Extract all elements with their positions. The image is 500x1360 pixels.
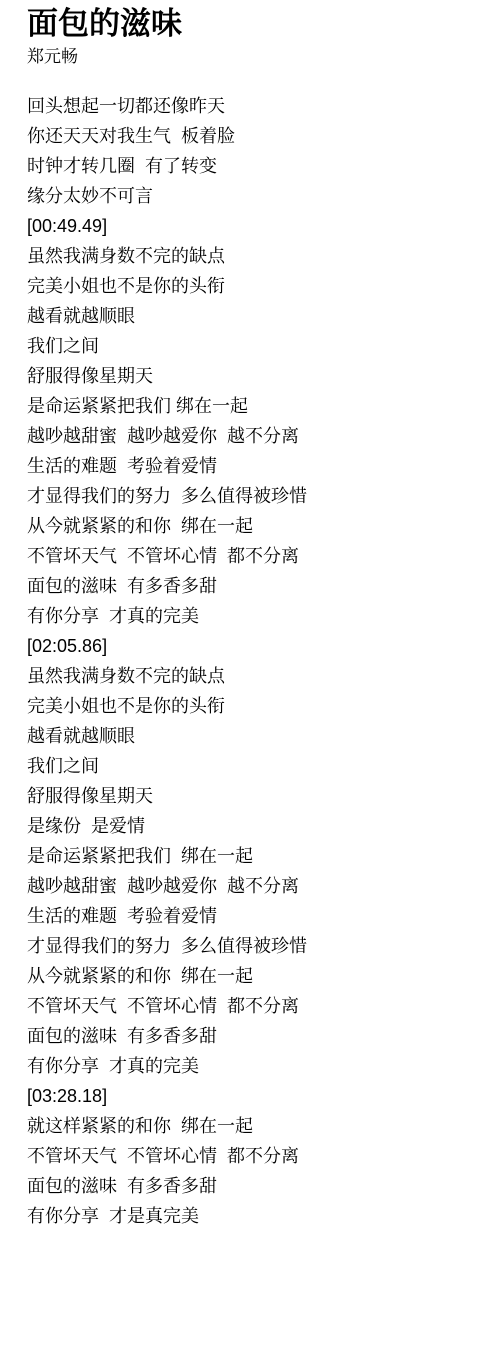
lyric-line: 虽然我满身数不完的缺点 bbox=[27, 661, 480, 691]
lyric-line: 是命运紧紧把我们 绑在一起 bbox=[27, 841, 480, 871]
lyrics-list: 回头想起一切都还像昨天你还天天对我生气 板着脸时钟才转几圈 有了转变缘分太妙不可… bbox=[27, 91, 480, 1231]
lyric-line: 是命运紧紧把我们 绑在一起 bbox=[27, 391, 480, 421]
lyric-line: 舒服得像星期天 bbox=[27, 781, 480, 811]
timestamp-line: [00:49.49] bbox=[27, 211, 480, 241]
lyric-line: 有你分享 才真的完美 bbox=[27, 601, 480, 631]
lyrics-page: 面包的滋味 郑元畅 回头想起一切都还像昨天你还天天对我生气 板着脸时钟才转几圈 … bbox=[0, 0, 500, 1231]
song-title: 面包的滋味 bbox=[27, 6, 480, 42]
lyric-line: 面包的滋味 有多香多甜 bbox=[27, 1021, 480, 1051]
lyric-line: 才显得我们的努力 多么值得被珍惜 bbox=[27, 481, 480, 511]
lyric-line: 生活的难题 考验着爱情 bbox=[27, 451, 480, 481]
timestamp-line: [02:05.86] bbox=[27, 631, 480, 661]
lyric-line: 有你分享 才是真完美 bbox=[27, 1201, 480, 1231]
lyric-line: 越看就越顺眼 bbox=[27, 301, 480, 331]
lyric-line: 有你分享 才真的完美 bbox=[27, 1051, 480, 1081]
lyric-line: 完美小姐也不是你的头衔 bbox=[27, 271, 480, 301]
lyric-line: 才显得我们的努力 多么值得被珍惜 bbox=[27, 931, 480, 961]
lyric-line: 我们之间 bbox=[27, 751, 480, 781]
lyric-line: 面包的滋味 有多香多甜 bbox=[27, 571, 480, 601]
lyric-line: 面包的滋味 有多香多甜 bbox=[27, 1171, 480, 1201]
lyric-line: 就这样紧紧的和你 绑在一起 bbox=[27, 1111, 480, 1141]
lyric-line: 不管坏天气 不管坏心情 都不分离 bbox=[27, 1141, 480, 1171]
timestamp-line: [03:28.18] bbox=[27, 1081, 480, 1111]
lyric-line: 虽然我满身数不完的缺点 bbox=[27, 241, 480, 271]
lyric-line: 越吵越甜蜜 越吵越爱你 越不分离 bbox=[27, 421, 480, 451]
lyric-line: 越看就越顺眼 bbox=[27, 721, 480, 751]
lyric-line: 从今就紧紧的和你 绑在一起 bbox=[27, 961, 480, 991]
lyric-line: 是缘份 是爱情 bbox=[27, 811, 480, 841]
lyric-line: 不管坏天气 不管坏心情 都不分离 bbox=[27, 541, 480, 571]
artist-name: 郑元畅 bbox=[27, 47, 480, 67]
lyric-line: 从今就紧紧的和你 绑在一起 bbox=[27, 511, 480, 541]
lyric-line: 缘分太妙不可言 bbox=[27, 181, 480, 211]
lyric-line: 生活的难题 考验着爱情 bbox=[27, 901, 480, 931]
lyric-line: 不管坏天气 不管坏心情 都不分离 bbox=[27, 991, 480, 1021]
lyric-line: 我们之间 bbox=[27, 331, 480, 361]
lyric-line: 你还天天对我生气 板着脸 bbox=[27, 121, 480, 151]
lyric-line: 越吵越甜蜜 越吵越爱你 越不分离 bbox=[27, 871, 480, 901]
lyric-line: 完美小姐也不是你的头衔 bbox=[27, 691, 480, 721]
lyric-line: 时钟才转几圈 有了转变 bbox=[27, 151, 480, 181]
lyric-line: 舒服得像星期天 bbox=[27, 361, 480, 391]
lyric-line: 回头想起一切都还像昨天 bbox=[27, 91, 480, 121]
